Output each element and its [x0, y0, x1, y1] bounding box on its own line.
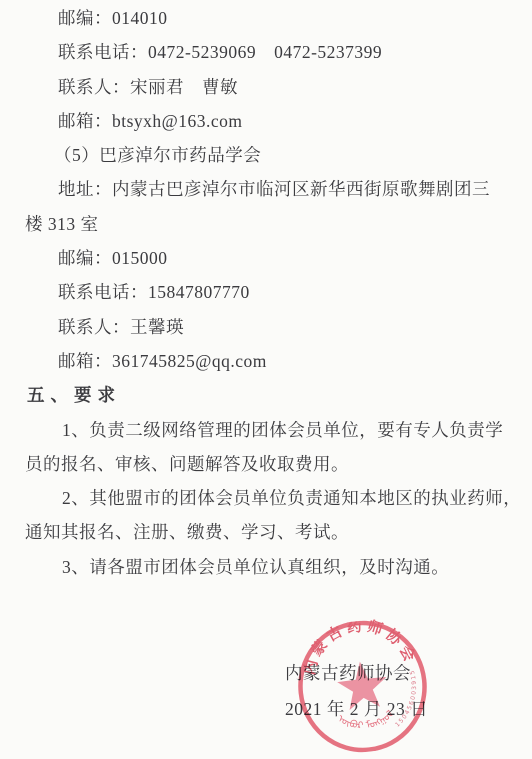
postal-code-line: 邮编：015000 [58, 241, 508, 275]
requirement-1-wrap: 员的报名、审核、问题解答及收取费用。 [25, 447, 508, 481]
official-seal-stamp: 内蒙古药师协会 ᠥᠪᠥᠷ ᠮᠣᠩᠭᠣᠯ 150456003915 [291, 615, 435, 759]
contact-person-line: 联系人：王馨瑛 [58, 310, 508, 344]
document-body: 邮编：014010 联系电话：0472-5239069 0472-5237399… [0, 0, 532, 584]
star-icon [335, 659, 389, 711]
address-wrap-line: 楼 313 室 [25, 207, 508, 241]
postal-code-line: 邮编：014010 [58, 1, 508, 35]
document-page: 邮编：014010 联系电话：0472-5239069 0472-5237399… [0, 0, 532, 759]
requirement-2-wrap: 通知其报名、注册、缴费、学习、考试。 [25, 515, 508, 549]
email-line: 邮箱：btsyxh@163.com [58, 104, 508, 138]
section-heading: 五、要求 [27, 378, 508, 412]
seal-mongolian-text: ᠥᠪᠥᠷ ᠮᠣᠩᠭᠣᠯ [335, 708, 398, 735]
requirement-3-line: 3、请各盟市团体会员单位认真组织，及时沟通。 [62, 550, 508, 584]
email-line: 邮箱：361745825@qq.com [58, 344, 508, 378]
address-line: 地址：内蒙古巴彦淖尔市临河区新华西街原歌舞剧团三 [58, 172, 508, 206]
requirement-1-line: 1、负责二级网络管理的团体会员单位，要有专人负责学 [62, 413, 508, 447]
contact-person-line: 联系人：宋丽君 曹敏 [58, 70, 508, 104]
phone-line: 联系电话：0472-5239069 0472-5237399 [58, 35, 508, 69]
org-item-line: （5）巴彦淖尔市药品学会 [54, 138, 508, 172]
phone-line: 联系电话：15847807770 [58, 275, 508, 309]
requirement-2-line: 2、其他盟市的团体会员单位负责通知本地区的执业药师， [62, 481, 508, 515]
